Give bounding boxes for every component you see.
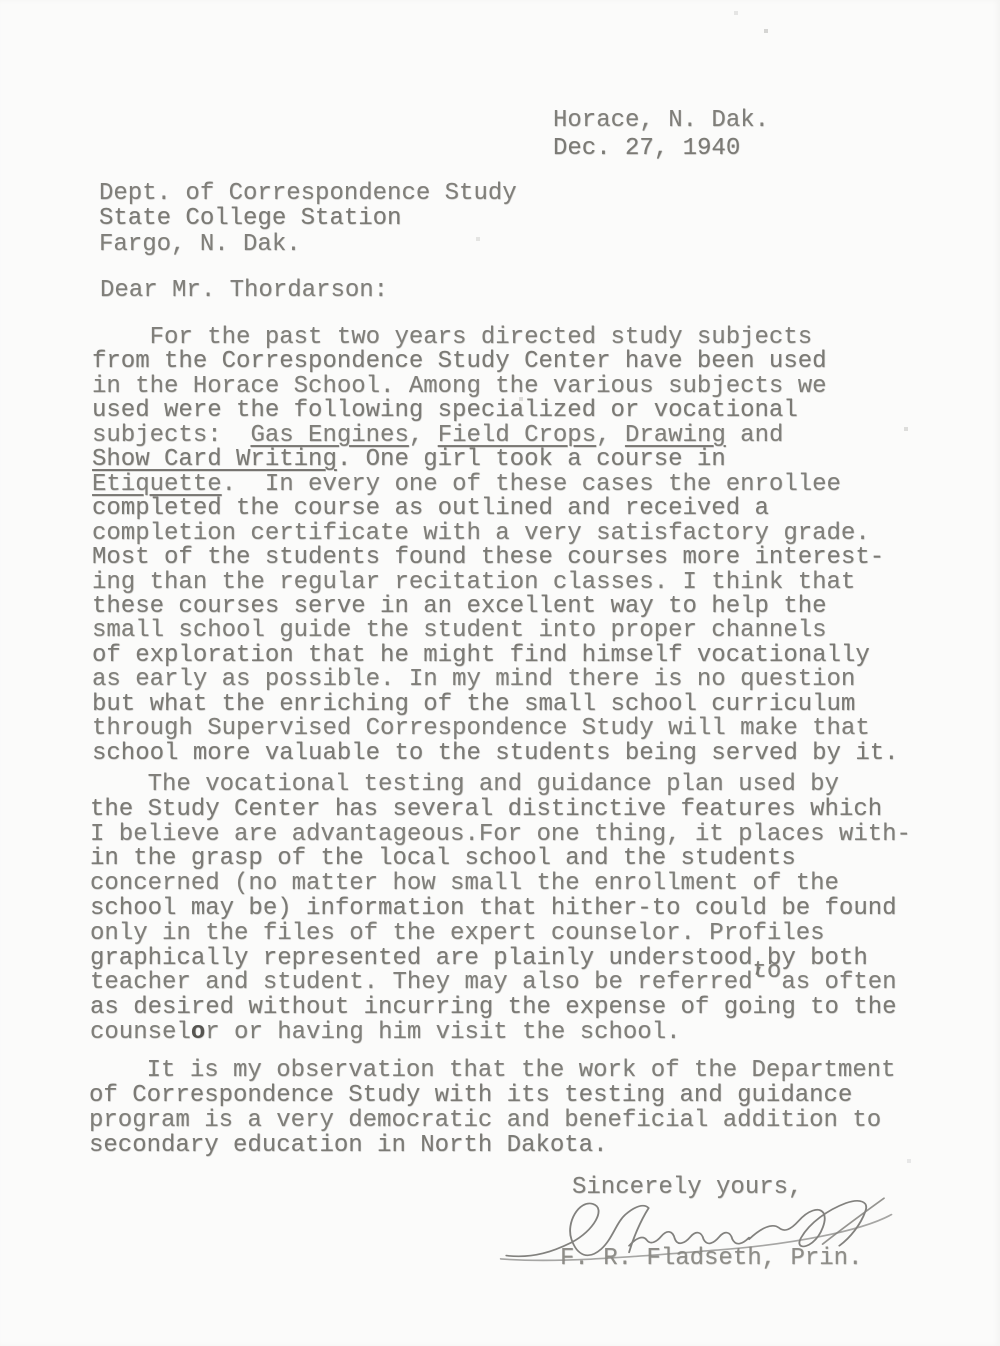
text-segment: . One girl took a course in (337, 446, 726, 473)
text-line: small school guide the student into prop… (92, 619, 899, 643)
text-line: Show Card Writing. One girl took a cours… (92, 448, 899, 472)
text-segment: Dept. of Correspondence Study (99, 180, 517, 207)
text-segment: by both (767, 945, 868, 972)
text-segment: Most of the students found these courses… (92, 544, 884, 571)
text-segment: school more valuable to the students bei… (92, 740, 899, 767)
text-segment: counsel (90, 1019, 191, 1046)
text-line: Dept. of Correspondence Study (99, 181, 517, 206)
text-segment: in the grasp of the local school and the… (90, 845, 796, 872)
text-line: Etiquette. In every one of these cases t… (92, 473, 899, 497)
paragraph-3: It is my observation that the work of th… (89, 1058, 896, 1158)
text-segment: of Correspondence Study with its testing… (89, 1082, 852, 1109)
underlined-text: Show Card Writing (92, 446, 337, 473)
text-line: concerned (no matter how small the enrol… (90, 872, 911, 897)
text-segment: these courses serve in an excellent way … (92, 593, 827, 620)
letterhead: Horace, N. Dak. Dec. 27, 1940 (553, 107, 769, 163)
text-segment: For the past two years directed study su… (92, 324, 812, 351)
text-line: only in the files of the expert counselo… (90, 922, 911, 947)
text-segment: Fargo, N. Dak. (99, 231, 301, 258)
letter-page: Horace, N. Dak. Dec. 27, 1940 Dept. of C… (0, 0, 1000, 1346)
text-line: completion certificate with a very satis… (92, 522, 899, 546)
text-line: For the past two years directed study su… (92, 326, 899, 350)
text-segment: State College Station (99, 205, 401, 232)
text-line: It is my observation that the work of th… (89, 1058, 896, 1083)
text-segment: completion certificate with a very satis… (92, 520, 870, 547)
text-segment: graphically represented are plainly unde… (90, 945, 753, 972)
underlined-text: Gas Engines (250, 422, 408, 449)
signed-name: F. R. Fladseth, Prin. (560, 1247, 862, 1272)
text-line: school more valuable to the students bei… (92, 742, 899, 766)
text-line: through Supervised Correspondence Study … (92, 717, 899, 741)
text-segment: small school guide the student into prop… (92, 617, 827, 644)
underlined-text: Field Crops (438, 422, 596, 449)
text-segment: , (596, 422, 625, 449)
text-line: as desired without incurring the expense… (90, 996, 911, 1021)
text-line: ing than the regular recitation classes.… (92, 571, 899, 595)
text-line: I believe are advantageous.For one thing… (90, 823, 911, 848)
text-line: secondary education in North Dakota. (89, 1133, 896, 1158)
text-segment: but what the enriching of the small scho… (92, 691, 855, 718)
text-segment: I believe are advantageous.For one thing… (90, 821, 911, 848)
text-segment: as early as possible. In my mind there i… (92, 666, 855, 693)
text-segment: the Study Center has several distinctive… (90, 796, 882, 823)
text-line: subjects: Gas Engines, Field Crops, Draw… (92, 424, 899, 448)
text-segment: It is my observation that the work of th… (89, 1057, 896, 1084)
text-segment: school may be) information that hither-t… (90, 895, 897, 922)
text-line: of Correspondence Study with its testing… (89, 1083, 896, 1108)
text-segment: from the Correspondence Study Center hav… (92, 348, 827, 375)
text-line: in the grasp of the local school and the… (90, 847, 911, 872)
text-line: completed the course as outlined and rec… (92, 497, 899, 521)
text-segment: completed the course as outlined and rec… (92, 495, 769, 522)
text-segment: teacher and student. They may also be re… (90, 969, 753, 996)
text-line: graphically represented are plainly unde… (90, 947, 911, 972)
paragraph-2: The vocational testing and guidance plan… (90, 773, 911, 1046)
text-line: but what the enriching of the small scho… (92, 693, 899, 717)
salutation: Dear Mr. Thordarson: (100, 279, 388, 304)
text-segment: o (191, 1019, 205, 1046)
text-line: these courses serve in an excellent way … (92, 595, 899, 619)
recipient-address: Dept. of Correspondence StudyState Colle… (99, 181, 517, 257)
text-segment: of exploration that he might find himsel… (92, 642, 870, 669)
text-line: program is a very democratic and benefic… (89, 1108, 896, 1133)
text-line: counselor or having him visit the school… (90, 1021, 911, 1046)
text-segment: used were the following specialized or v… (92, 397, 798, 424)
underlined-text: Drawing (625, 422, 726, 449)
text-line: teacher and student. They may also be re… (90, 971, 911, 996)
text-segment: program is a very democratic and benefic… (89, 1107, 881, 1134)
text-segment: only in the files of the expert counselo… (90, 920, 825, 947)
text-line: of exploration that he might find himsel… (92, 644, 899, 668)
text-line: from the Correspondence Study Center hav… (92, 350, 899, 374)
text-segment: subjects: (92, 422, 250, 449)
text-segment: and (726, 422, 784, 449)
text-segment: , (409, 422, 438, 449)
text-line: Fargo, N. Dak. (99, 232, 517, 257)
text-segment: through Supervised Correspondence Study … (92, 715, 870, 742)
text-line: Most of the students found these courses… (92, 546, 899, 570)
text-segment: to (753, 958, 782, 985)
paper-specks (0, 0, 2, 2)
text-line: school may be) information that hither-t… (90, 897, 911, 922)
text-segment: r or having him visit the school. (205, 1019, 680, 1046)
text-segment: as often (781, 969, 896, 996)
underlined-text: Etiquette (92, 471, 222, 498)
text-segment: in the Horace School. Among the various … (92, 373, 827, 400)
letterhead-place: Horace, N. Dak. (553, 107, 769, 135)
text-segment: ing than the regular recitation classes.… (92, 569, 855, 596)
text-segment: as desired without incurring the expense… (90, 994, 897, 1021)
letterhead-date: Dec. 27, 1940 (553, 135, 769, 163)
text-line: used were the following specialized or v… (92, 399, 899, 423)
text-segment: The vocational testing and guidance plan… (90, 771, 839, 798)
text-line: in the Horace School. Among the various … (92, 375, 899, 399)
text-line: The vocational testing and guidance plan… (90, 773, 911, 798)
paragraph-1: For the past two years directed study su… (92, 326, 899, 766)
text-line: the Study Center has several distinctive… (90, 798, 911, 823)
text-segment: concerned (no matter how small the enrol… (90, 870, 839, 897)
text-segment: . In every one of these cases the enroll… (222, 471, 841, 498)
text-line: State College Station (99, 206, 517, 231)
text-line: as early as possible. In my mind there i… (92, 668, 899, 692)
text-segment: secondary education in North Dakota. (89, 1132, 607, 1159)
